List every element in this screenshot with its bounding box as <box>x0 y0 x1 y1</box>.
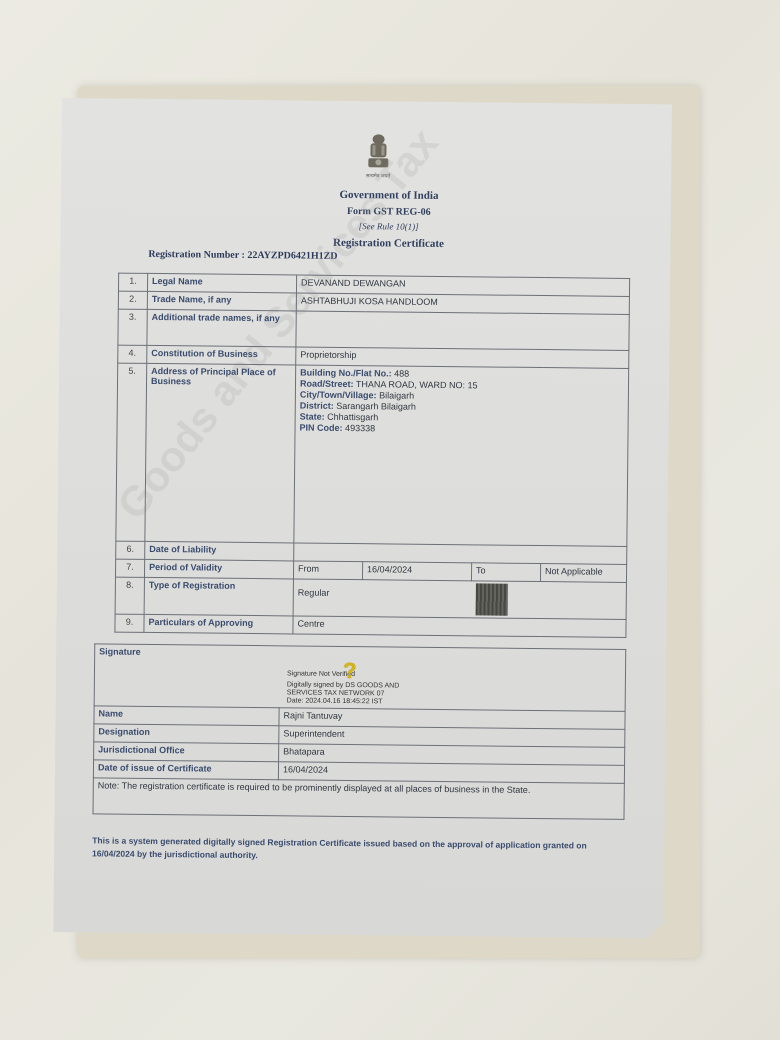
field-label: Address of Principal Place of Business <box>145 363 296 543</box>
qr-code-icon <box>475 583 507 615</box>
field-label: Period of Validity <box>144 559 293 579</box>
form-name: Form GST REG-06 <box>84 203 694 220</box>
field-label: Additional trade names, if any <box>147 309 296 347</box>
certificate-page: सत्यमेव जयते Government of India Form GS… <box>53 98 672 938</box>
field-label: Constitution of Business <box>147 345 296 365</box>
field-label: Legal Name <box>147 273 296 293</box>
table-row: 3. Additional trade names, if any <box>118 309 629 350</box>
signature-table: Signature Signature Not Verified Digital… <box>93 643 627 820</box>
svg-text:सत्यमेव जयते: सत्यमेव जयते <box>366 172 391 179</box>
approving-authority: Centre <box>293 616 626 637</box>
field-label: Date of Liability <box>145 541 294 561</box>
note-row: Note: The registration certificate is re… <box>93 778 624 820</box>
field-label: Particulars of Approving <box>144 614 293 634</box>
digital-signature: Signature Not Verified Digitally signed … <box>287 670 400 706</box>
folded-corner <box>645 920 665 940</box>
rule-reference: [See Rule 10(1)] <box>84 218 694 234</box>
field-label: Trade Name, if any <box>147 291 296 311</box>
note: Note: The registration certificate is re… <box>93 778 624 820</box>
valid-to: Not Applicable <box>540 564 626 583</box>
table-row: 8. Type of Registration Regular <box>115 577 626 619</box>
field-label: Type of Registration <box>144 577 293 616</box>
table-row: 5. Address of Principal Place of Busines… <box>116 363 629 546</box>
national-emblem-icon: सत्यमेव जयते <box>361 131 396 181</box>
footer-statement: This is a system generated digitally sig… <box>92 834 622 866</box>
certificate-table: 1. Legal Name DEVANAND DEWANGAN 2. Trade… <box>114 273 630 638</box>
signature-row: Signature Signature Not Verified Digital… <box>94 644 626 712</box>
additional-trade-names <box>296 311 629 350</box>
signature-label: Signature <box>99 646 239 657</box>
address: Building No./Flat No.: 488 Road/Street: … <box>294 365 629 546</box>
registration-number: Registration Number : 22AYZPD6421H1ZD <box>148 249 337 262</box>
registration-type: Regular <box>293 579 471 618</box>
government-heading: Government of India <box>84 186 694 204</box>
question-mark-icon: ? <box>343 667 357 675</box>
valid-from: 16/04/2024 <box>362 562 471 581</box>
